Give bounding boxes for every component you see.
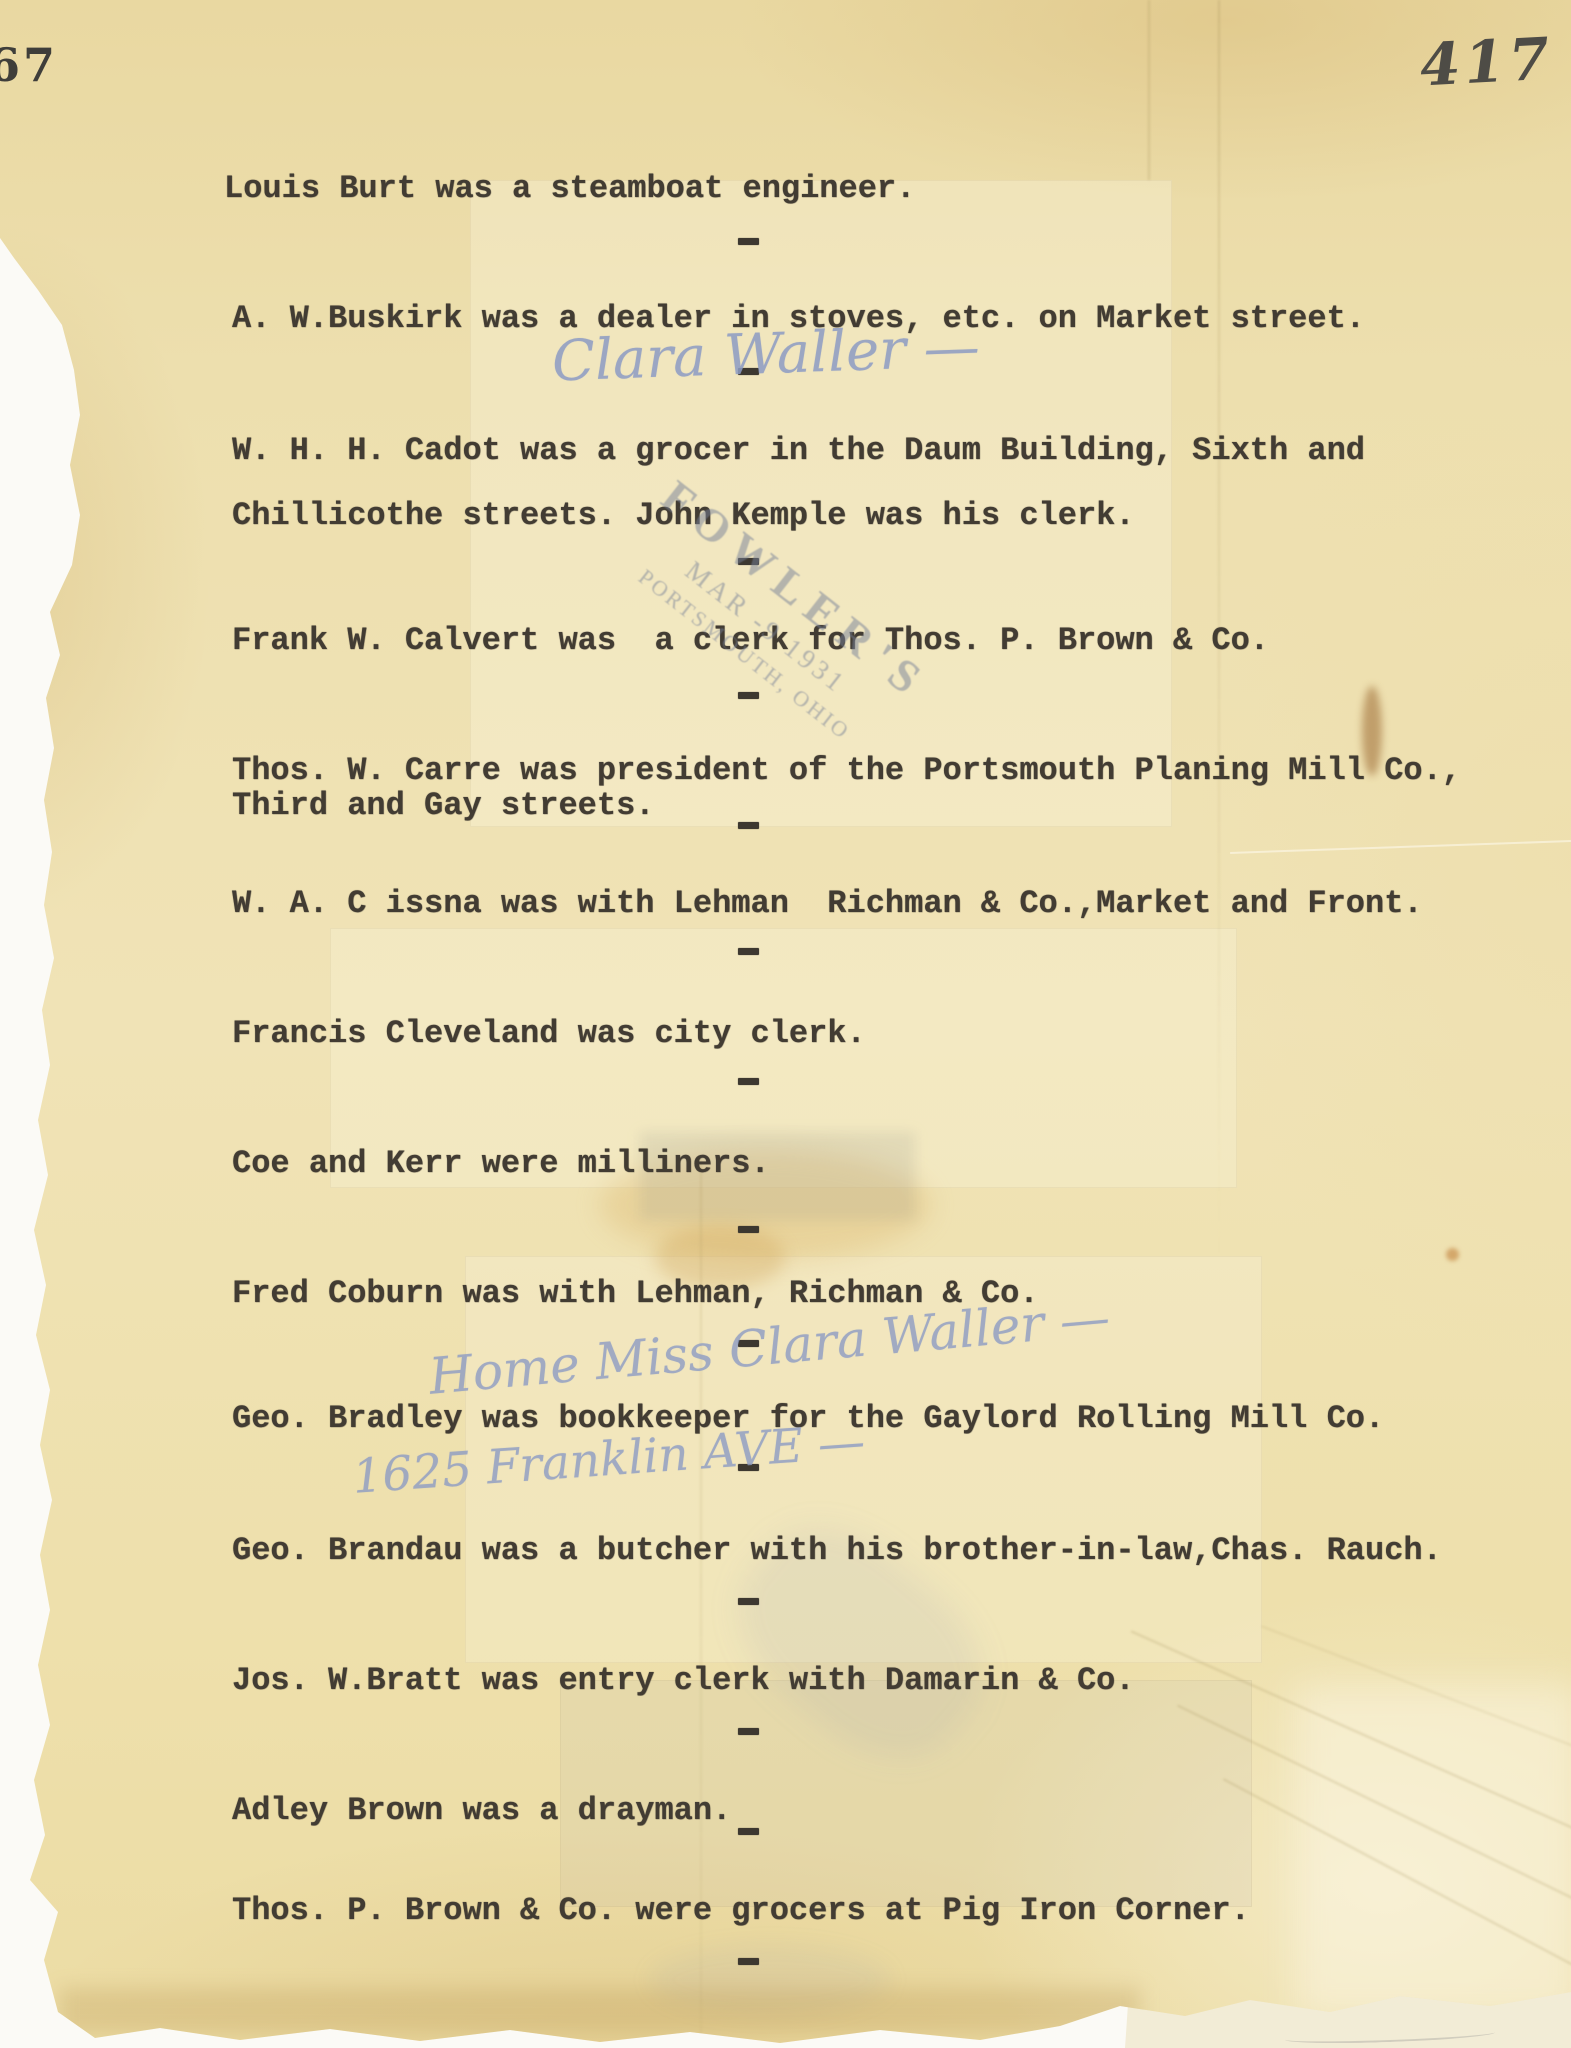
separator-dash	[738, 1078, 759, 1085]
separator-dash	[738, 1828, 759, 1835]
separator-dash	[738, 1728, 759, 1735]
scanned-document-page: 67 417 Louis Burt was a steamboat engine…	[0, 0, 1571, 2048]
separator-dash	[738, 692, 759, 699]
typed-line-louis-burt: Louis Burt was a steamboat engineer.	[224, 170, 915, 207]
faint-pencil-scribble	[1285, 2026, 1495, 2045]
separator-dash	[738, 1226, 759, 1233]
typed-line-carre-2: Third and Gay streets.	[232, 787, 654, 824]
fold-highlight	[1230, 840, 1571, 854]
page-number: 417	[1418, 25, 1554, 100]
crease	[1223, 1778, 1571, 1968]
typed-line-cleveland: Francis Cleveland was city clerk.	[232, 1015, 866, 1052]
typed-line-thos-brown: Thos. P. Brown & Co. were grocers at Pig…	[232, 1892, 1250, 1929]
separator-dash	[738, 1958, 759, 1965]
typed-line-cadot-1: W. H. H. Cadot was a grocer in the Daum …	[232, 432, 1365, 469]
separator-dash	[738, 1598, 759, 1605]
ink-bleed-ghost	[650, 1945, 890, 2015]
separator-dash	[738, 238, 759, 245]
typed-line-cissna: W. A. C issna was with Lehman Richman & …	[232, 885, 1423, 922]
typed-line-bratt: Jos. W.Bratt was entry clerk with Damari…	[232, 1662, 1135, 1699]
folio-number: 67	[0, 38, 58, 92]
typed-line-adley-brown: Adley Brown was a drayman.	[232, 1792, 731, 1829]
separator-dash	[738, 822, 759, 829]
crease	[1261, 1625, 1571, 1752]
paper-sheet: 67 417 Louis Burt was a steamboat engine…	[0, 0, 1571, 2048]
separator-dash	[738, 948, 759, 955]
edge-discoloration	[60, 1988, 1140, 2034]
stain	[1446, 1248, 1459, 1261]
typed-line-brandau: Geo. Brandau was a butcher with his brot…	[232, 1532, 1442, 1569]
typed-line-carre-1: Thos. W. Carre was president of the Port…	[232, 752, 1461, 789]
wrinkled-highlight	[1295, 1685, 1571, 2020]
crease	[1148, 0, 1150, 180]
typed-line-coe-kerr: Coe and Kerr were milliners.	[232, 1145, 770, 1182]
